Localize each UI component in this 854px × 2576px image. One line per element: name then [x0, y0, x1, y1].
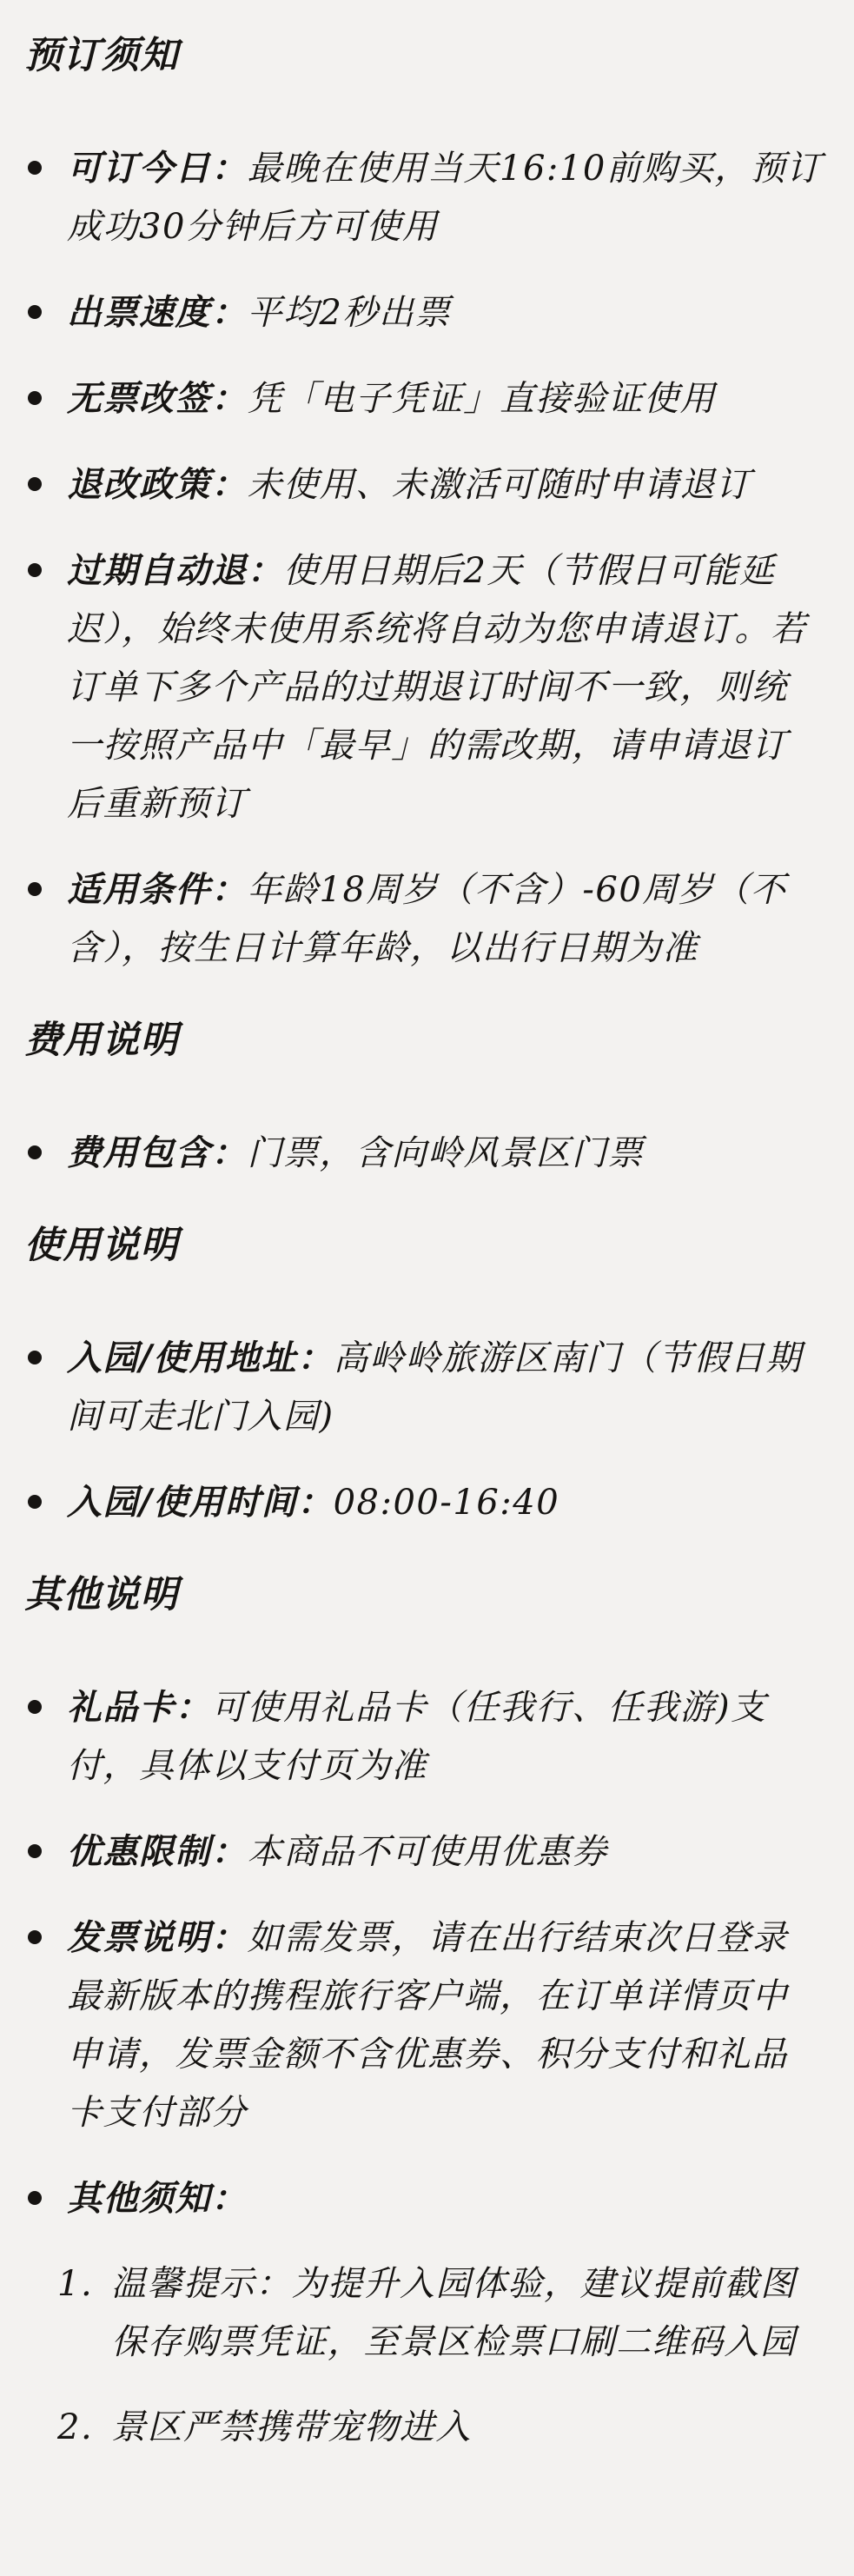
bullet-icon: [28, 1351, 42, 1364]
bullet-icon: [28, 391, 42, 405]
bullet-icon: [28, 1495, 42, 1509]
notice-label: 其他须知：: [67, 2178, 248, 2219]
section-fee-description: 费用说明 费用包含：门票，含向岭风景区门票: [24, 1018, 823, 1183]
sublist-item: 1.温馨提示：为提升入园体验，建议提前截图保存购票凭证，至景区检票口刷二维码入园: [67, 2255, 823, 2372]
notice-item: 退改政策：未使用、未激活可随时申请退订: [24, 455, 823, 515]
notice-text: 凭「电子凭证」直接验证使用: [248, 379, 717, 419]
bullet-icon: [28, 563, 42, 577]
section-heading: 其他说明: [24, 1572, 823, 1617]
notice-item: 可订今日：最晚在使用当天16:10前购买，预订成功30分钟后方可使用: [24, 139, 823, 256]
bullet-icon: [28, 1145, 42, 1159]
sublist-text: 景区严禁携带宠物进入: [111, 2407, 472, 2447]
notice-label: 退改政策：: [67, 464, 248, 505]
notice-text: 08:00-16:40: [334, 1483, 560, 1523]
sublist-item: 2.景区严禁携带宠物进入: [67, 2399, 823, 2457]
notice-label: 礼品卡：: [67, 1687, 211, 1728]
notice-item: 入园/使用时间：08:00-16:40: [24, 1473, 823, 1532]
notice-item: 入园/使用地址：高岭岭旅游区南门（节假日期间可走北门入园): [24, 1329, 823, 1446]
notice-label: 适用条件：: [67, 869, 248, 910]
notice-label: 发票说明：: [67, 1917, 248, 1958]
notice-item: 过期自动退：使用日期后2天（节假日可能延迟），始终未使用系统将自动为您申请退订。…: [24, 541, 823, 833]
list-marker: 2.: [57, 2399, 93, 2457]
other-notes-sublist: 1.温馨提示：为提升入园体验，建议提前截图保存购票凭证，至景区检票口刷二维码入园…: [67, 2255, 823, 2457]
section-booking-notice: 预订须知 可订今日：最晚在使用当天16:10前购买，预订成功30分钟后方可使用 …: [24, 33, 823, 978]
bullet-icon: [28, 1844, 42, 1858]
notice-text: 使用日期后2天（节假日可能延迟），始终未使用系统将自动为您申请退订。若订单下多个…: [67, 551, 807, 824]
notice-list: 礼品卡：可使用礼品卡（任我行、任我游)支付，具体以支付页为准 优惠限制：本商品不…: [24, 1678, 823, 2457]
notice-list: 可订今日：最晚在使用当天16:10前购买，预订成功30分钟后方可使用 出票速度：…: [24, 139, 823, 978]
bullet-icon: [28, 161, 42, 175]
bullet-icon: [28, 1930, 42, 1944]
bullet-icon: [28, 2191, 42, 2205]
section-heading: 使用说明: [24, 1223, 823, 1268]
notice-item: 无票改签：凭「电子凭证」直接验证使用: [24, 369, 823, 428]
notice-item: 发票说明：如需发票，请在出行结束次日登录最新版本的携程旅行客户端，在订单详情页中…: [24, 1909, 823, 2142]
notice-label: 可订今日：: [67, 148, 248, 189]
bullet-icon: [28, 882, 42, 896]
notice-list: 入园/使用地址：高岭岭旅游区南门（节假日期间可走北门入园) 入园/使用时间：08…: [24, 1329, 823, 1532]
notice-item: 优惠限制：本商品不可使用优惠券: [24, 1822, 823, 1882]
notice-label: 过期自动退：: [67, 550, 283, 591]
notice-text: 未使用、未激活可随时申请退订: [248, 465, 752, 505]
notice-text: 本商品不可使用优惠券: [248, 1832, 608, 1872]
notice-item-other-notes: 其他须知： 1.温馨提示：为提升入园体验，建议提前截图保存购票凭证，至景区检票口…: [24, 2169, 823, 2457]
notice-label: 出票速度：: [67, 292, 248, 333]
notice-item: 费用包含：门票，含向岭风景区门票: [24, 1124, 823, 1183]
section-heading: 预订须知: [24, 33, 823, 78]
notice-label: 费用包含：: [67, 1132, 248, 1173]
section-other-description: 其他说明 礼品卡：可使用礼品卡（任我行、任我游)支付，具体以支付页为准 优惠限制…: [24, 1572, 823, 2457]
notice-label: 入园/使用时间：: [67, 1482, 334, 1523]
bullet-icon: [28, 477, 42, 491]
section-usage-description: 使用说明 入园/使用地址：高岭岭旅游区南门（节假日期间可走北门入园) 入园/使用…: [24, 1223, 823, 1532]
notice-label: 优惠限制：: [67, 1831, 248, 1872]
sublist-text: 温馨提示：为提升入园体验，建议提前截图保存购票凭证，至景区检票口刷二维码入园: [111, 2264, 797, 2362]
notice-item: 出票速度：平均2秒出票: [24, 283, 823, 342]
bullet-icon: [28, 1700, 42, 1714]
section-heading: 费用说明: [24, 1018, 823, 1063]
list-marker: 1.: [57, 2255, 93, 2314]
notice-item: 礼品卡：可使用礼品卡（任我行、任我游)支付，具体以支付页为准: [24, 1678, 823, 1796]
booking-notice-page: 预订须知 可订今日：最晚在使用当天16:10前购买，预订成功30分钟后方可使用 …: [0, 0, 854, 2519]
notice-text: 门票，含向岭风景区门票: [248, 1133, 645, 1173]
bullet-icon: [28, 305, 42, 319]
notice-list: 费用包含：门票，含向岭风景区门票: [24, 1124, 823, 1183]
notice-label: 无票改签：: [67, 378, 248, 419]
notice-item: 适用条件：年龄18周岁（不含）-60周岁（不含），按生日计算年龄，以出行日期为准: [24, 860, 823, 978]
notice-label: 入园/使用地址：: [67, 1338, 334, 1378]
notice-text: 平均2秒出票: [248, 293, 451, 333]
